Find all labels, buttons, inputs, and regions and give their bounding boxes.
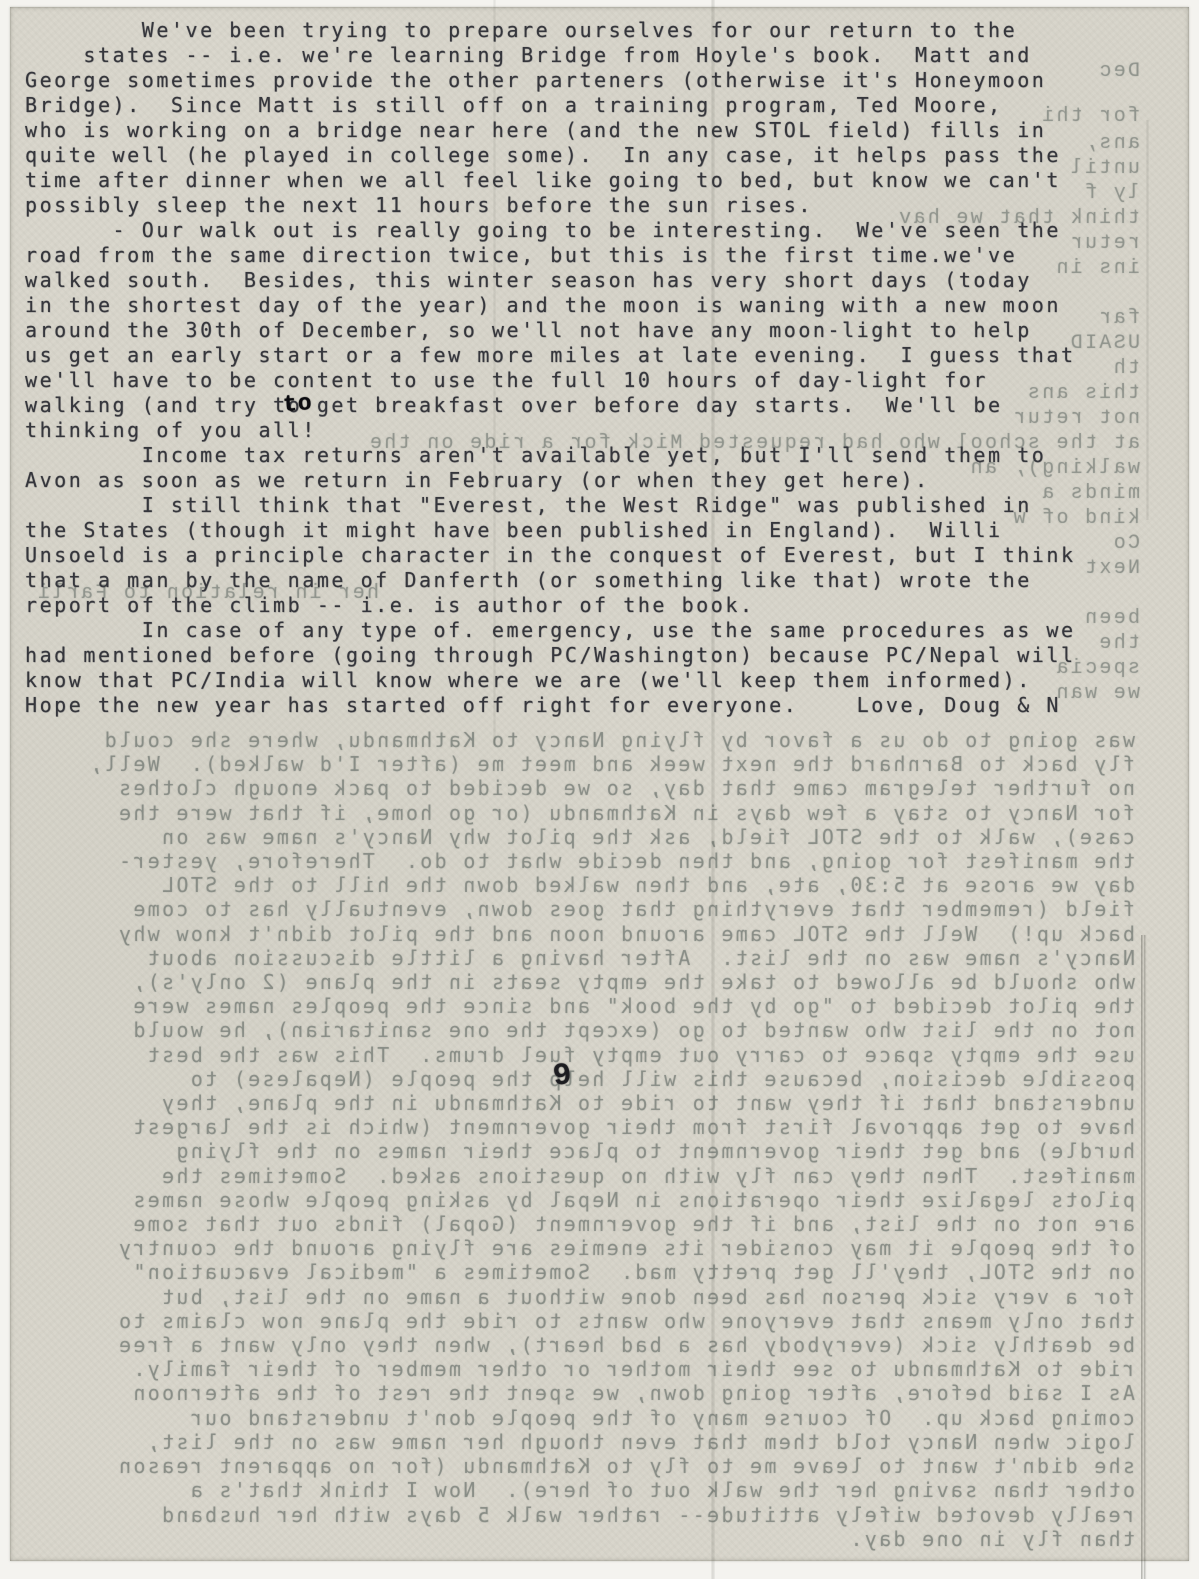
ghost-fragment: far (1097, 307, 1140, 330)
typed-letter-text: We've been trying to prepare ourselves f… (25, 18, 1076, 718)
ghost-fragment: USAID (1068, 332, 1140, 355)
ghost-fragment: Co (1111, 532, 1140, 555)
ghost-fragment: th (1111, 357, 1140, 380)
ghost-bleedthrough-text: was going to do us a favor by flying Nan… (20, 728, 1135, 1551)
ghost-fragment: the (1097, 632, 1140, 655)
ghost-fragment: ans, (1083, 132, 1140, 155)
ghost-fragment: until (1068, 157, 1140, 180)
ghost-fragment: been (1083, 607, 1140, 630)
ghost-fragment: Dec (1097, 60, 1140, 83)
page-number: 9 (551, 1058, 573, 1095)
scanned-letter-page: { "letter": { "page_number": "9", "handw… (0, 0, 1199, 1579)
ghost-fragment: Next (1083, 557, 1140, 580)
ghost-fragment: retur (1068, 232, 1140, 255)
ghost-fragment: ly f (1083, 182, 1140, 205)
handwritten-correction: to (282, 390, 313, 418)
